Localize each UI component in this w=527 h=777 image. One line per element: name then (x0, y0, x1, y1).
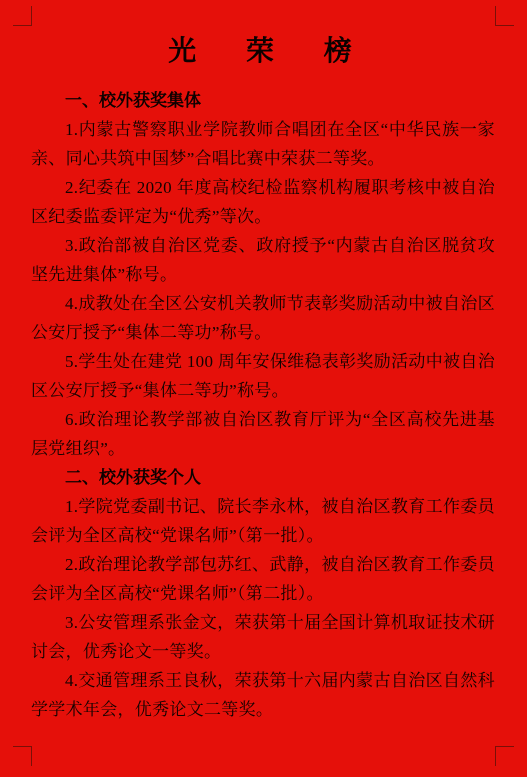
section-collective-awards: 一、校外获奖集体 1.内蒙古警察职业学院教师合唱团在全区“中华民族一家亲、同心共… (31, 86, 495, 463)
honor-item: 4.成教处在全区公安机关教师节表彰奖励活动中被自治区公安厅授予“集体二等功”称号… (31, 289, 495, 347)
honor-item: 6.政治理论教学部被自治区教育厅评为“全区高校先进基层党组织”。 (31, 405, 495, 463)
crop-mark-bottom-left (13, 746, 32, 766)
crop-mark-top-left (13, 6, 32, 26)
honor-item: 3.政治部被自治区党委、政府授予“内蒙古自治区脱贫攻坚先进集体”称号。 (31, 231, 495, 289)
honor-item: 1.内蒙古警察职业学院教师合唱团在全区“中华民族一家亲、同心共筑中国梦”合唱比赛… (31, 115, 495, 173)
honor-item: 1.学院党委副书记、院长李永林，被自治区教育工作委员会评为全区高校“党课名师”（… (31, 492, 495, 550)
honor-item: 5.学生处在建党 100 周年安保维稳表彰奖励活动中被自治区公安厅授予“集体二等… (31, 347, 495, 405)
crop-mark-top-right (495, 6, 514, 26)
honor-item: 3.公安管理系张金文，荣获第十届全国计算机取证技术研讨会，优秀论文一等奖。 (31, 608, 495, 666)
honor-roll-page: 光 荣 榜 一、校外获奖集体 1.内蒙古警察职业学院教师合唱团在全区“中华民族一… (0, 0, 527, 777)
page-title: 光 荣 榜 (31, 32, 495, 69)
honor-item: 4.交通管理系王良秋，荣获第十六届内蒙古自治区自然科学学术年会，优秀论文二等奖。 (31, 666, 495, 724)
section-heading: 二、校外获奖个人 (31, 463, 495, 492)
document-body: 光 荣 榜 一、校外获奖集体 1.内蒙古警察职业学院教师合唱团在全区“中华民族一… (31, 25, 495, 724)
section-heading: 一、校外获奖集体 (31, 86, 495, 115)
honor-item: 2.政治理论教学部包苏红、武静，被自治区教育工作委员会评为全区高校“党课名师”（… (31, 550, 495, 608)
honor-item: 2.纪委在 2020 年度高校纪检监察机构履职考核中被自治区纪委监委评定为“优秀… (31, 173, 495, 231)
crop-mark-bottom-right (495, 746, 514, 766)
section-individual-awards: 二、校外获奖个人 1.学院党委副书记、院长李永林，被自治区教育工作委员会评为全区… (31, 463, 495, 724)
